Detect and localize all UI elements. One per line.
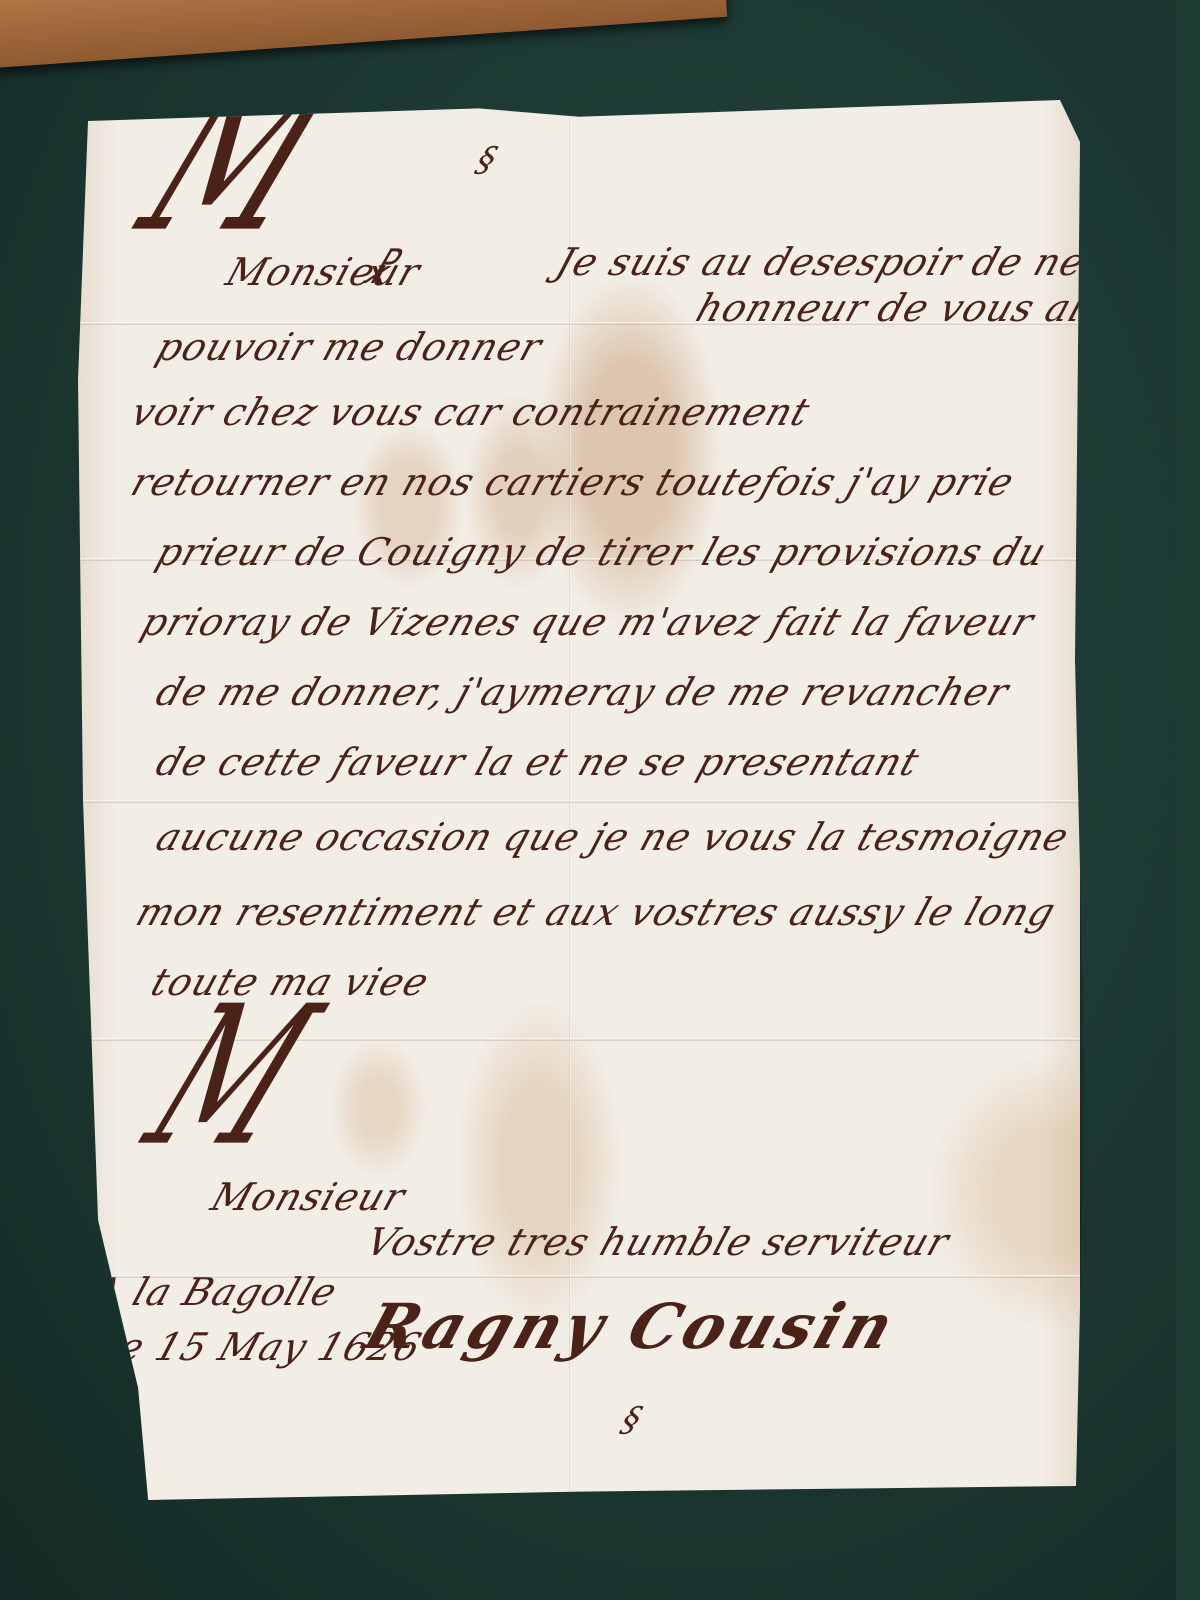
body-line-4: voir chez vous car contrainement — [126, 390, 816, 434]
body-line-10: aucune occasion que je ne vous la tesmoi… — [151, 815, 1075, 859]
body-line-7: prioray de Vizenes que m'avez fait la fa… — [136, 600, 1040, 644]
closing-formula: Vostre tres humble serviteur — [361, 1220, 955, 1264]
bottom-mark: § — [617, 1400, 648, 1440]
top-mark: § — [472, 140, 503, 180]
signature: Ragny Cousin — [356, 1290, 906, 1363]
letter-sheet: § M Monsieur ☧ Je suis au desespoir de n… — [78, 100, 1080, 1500]
fold-line — [78, 800, 1080, 803]
body-line-5: retourner en nos cartiers toutefois j'ay… — [126, 460, 1020, 504]
body-line-1: Je suis au desespoir de ne — [551, 240, 1092, 284]
body-line-9: de cette faveur la et ne se presentant — [151, 740, 925, 784]
body-line-2: honneur de vous aller — [691, 286, 1147, 330]
place: A la Bagolle — [86, 1270, 343, 1314]
body-line-6: prieur de Couigny de tirer les provision… — [151, 530, 1053, 574]
closing-salutation: Monsieur — [206, 1175, 411, 1219]
body-line-8: de me donner, j'aymeray de me revancher — [151, 670, 1015, 714]
body-line-11: mon resentiment et aux vostres aussy le … — [131, 890, 1062, 934]
body-line-3: pouvoir me donner — [151, 325, 548, 369]
